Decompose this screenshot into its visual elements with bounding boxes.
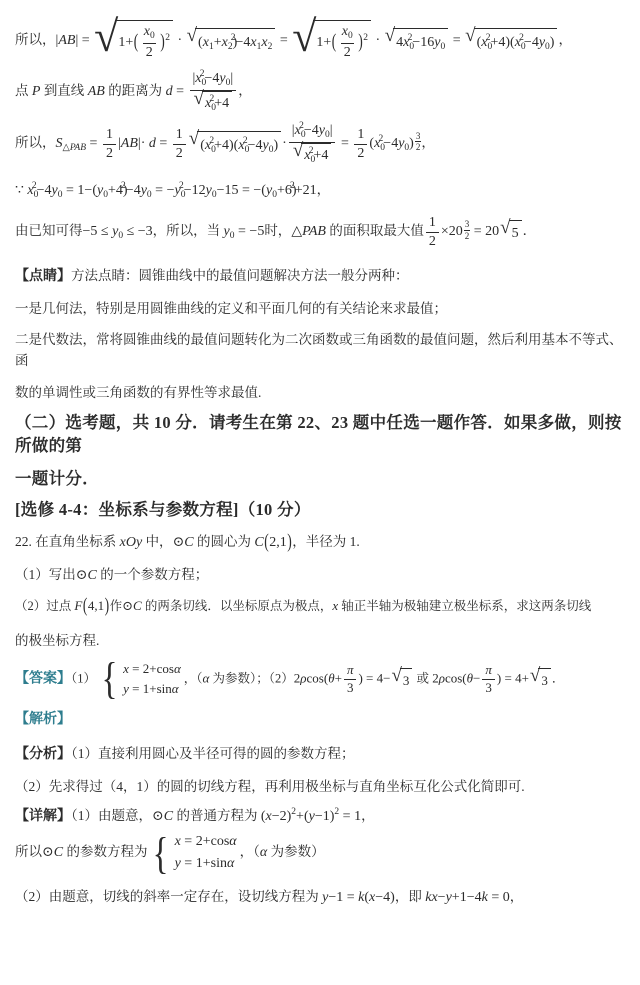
big-paren: ( [83, 592, 88, 621]
elective-title: [选修 4-4：坐标系与参数方程]（10 分） [15, 498, 628, 521]
subscript: 0 [34, 190, 39, 200]
subscript: 0 [211, 103, 216, 113]
section-label: 【详解】 [15, 809, 71, 824]
denominator: 2 [426, 232, 439, 251]
denominator: √x02+4 [289, 142, 336, 167]
math-run: 2 [363, 31, 368, 53]
square-root: √(x02+4)(x02−4y0) [465, 28, 557, 54]
math-run: ⊙C [173, 535, 194, 550]
subscript: △PAB [63, 143, 87, 153]
text-run: ， [510, 889, 524, 904]
fraction: 12 [354, 126, 367, 162]
math-run: α [229, 834, 236, 849]
note-method-geometric: 一是几何法，特别是用圆锥曲线的定义和平面几何的有关结论来求最值； [15, 299, 628, 319]
math-run: 1 [106, 127, 113, 142]
superscript: 2 [200, 69, 205, 79]
formula-area: 所以，S△PAB = 12|AB|· d = 12√(x02+4)(x02−4y… [15, 121, 628, 167]
square-root: √4x02−16y0 [385, 28, 449, 54]
text-run: （二）选考题，共 10 分．请考生在第 22、23 题中任选一题作答．如果多做，… [15, 413, 622, 455]
fraction: 12 [173, 126, 186, 162]
text-run: ， [238, 83, 252, 98]
math-run: 1+ [316, 32, 331, 53]
case-row: y = 1+sinα [175, 853, 237, 875]
text-run: 的距离为 [105, 83, 166, 98]
math-run: (x02−4y0) [369, 136, 413, 151]
math-run: 5 [512, 223, 519, 244]
math-run: 2 [165, 31, 170, 53]
text-run: 时， [264, 223, 291, 238]
math-run: 3 [541, 671, 548, 691]
subscript: 0 [404, 143, 409, 153]
analysis-line-1: 【分析】（1）直接利用圆心及半径可得的圆的参数方程； [15, 744, 628, 765]
problem-22-q2-line-1: （2）过点 F(4,1)作⊙C 的两条切线．以坐标原点为极点，x 轴正半轴为极轴… [15, 596, 628, 617]
subscript: 0 [380, 143, 385, 153]
subscript: 0 [440, 42, 445, 52]
superscript: 2 [209, 94, 214, 104]
conclusion-max-area: 由已知可得−5 ≤ y0 ≤ −3，所以，当 y0 = −5时，△PAB 的面积… [15, 214, 628, 250]
denominator: 2 [173, 144, 186, 163]
math-run: |x02−4y0| [192, 71, 233, 86]
math-run: d = [166, 84, 188, 99]
superscript: 2 [363, 33, 368, 43]
subscript: 0 [301, 130, 306, 140]
math-run: ⊙C [152, 809, 173, 824]
text-run: ． [552, 671, 565, 685]
solution-parametric: 所以⊙C 的参数方程为{x = 2+cosαy = 1+sinα，（α 为参数） [15, 831, 628, 875]
math-run: |x02−4y0| [292, 123, 333, 138]
big-paren: ) [287, 528, 292, 557]
superscript: 2 [32, 181, 37, 191]
math-run: y0 = −5 [224, 224, 265, 239]
subscript: 0 [348, 31, 353, 41]
math-run: π [347, 662, 354, 677]
section-header-line-1: （二）选考题，共 10 分．请考生在第 22、23 题中任选一题作答．如果多做，… [15, 411, 628, 457]
superscript: 2 [179, 181, 184, 191]
math-run: x0 [144, 24, 155, 39]
section-header-line-2: 一题计分． [15, 467, 628, 490]
math-run: · [174, 33, 186, 48]
superscript: 2 [334, 807, 339, 817]
superscript: 2 [486, 33, 491, 43]
math-run: |AB| = [56, 33, 94, 48]
subscript: 0 [212, 190, 217, 200]
math-run: ×20 [441, 224, 463, 239]
subscript: 0 [118, 231, 123, 241]
subscript: 2 [228, 42, 233, 52]
numerator: 1 [426, 214, 439, 232]
math-run: α [227, 856, 234, 871]
text-run: （1）写出 [15, 567, 76, 582]
subscript: 0 [545, 42, 550, 52]
math-function: sin [157, 681, 172, 696]
math-run: ) = 4− [358, 670, 390, 685]
cases-rows: x = 2+cosαy = 1+sinα [123, 659, 181, 699]
math-run: 1 [176, 127, 183, 142]
numerator: π [344, 662, 357, 678]
text-run: 一是几何法，特别是用圆锥曲线的定义和平面几何的有关结论来求最值； [15, 301, 447, 316]
case-row: x = 2+cosα [175, 831, 237, 853]
numerator: x0 [141, 23, 158, 43]
note-method-algebraic-1: 二是代数法，常将圆锥曲线的最值问题转化为二次函数或三角函数的最值问题，然后利用基… [15, 330, 628, 371]
text-run: 的一个参数方程； [97, 567, 208, 582]
math-run: 2 [146, 45, 153, 60]
superscript: 2 [290, 181, 295, 191]
superscript: 2 [243, 136, 248, 146]
subscript: 0 [58, 190, 63, 200]
math-run: S△PAB = [56, 136, 101, 151]
section-label-accent: 【解析】 [15, 712, 71, 727]
denominator: 2 [341, 43, 354, 62]
math-run: = [338, 136, 353, 151]
math-run: 2ρ [432, 670, 445, 685]
math-run: 3 [347, 680, 354, 695]
text-run: 为参数）；（2） [209, 671, 293, 685]
text-run: 由已知可得 [15, 223, 83, 238]
subscript: 0 [230, 231, 235, 241]
math-run: x02+4 [304, 146, 328, 167]
square-root: √1+(x02)2 [94, 20, 173, 61]
problem-22-stem: 22. 在直角坐标系 xOy 中，⊙C 的圆心为 C(2,1)，半径为 1. [15, 532, 628, 553]
superscript: 2 [291, 807, 296, 817]
case-row: x = 2+cosα [123, 659, 181, 679]
text-run: 的参数方程为 [63, 844, 147, 859]
radicand: 4x02−16y0 [393, 28, 448, 54]
big-paren: ) [105, 592, 110, 621]
big-paren: ( [332, 28, 337, 57]
fraction: 12 [103, 126, 116, 162]
subscript: 0 [181, 190, 186, 200]
text-run: 的极坐标方程. [15, 633, 99, 648]
text-run: （2）由题意，切线的斜率一定存在，设切线方程为 [15, 889, 322, 904]
math-run: 2 [176, 146, 183, 161]
text-run: 方法点睛：圆锥曲线中的最值问题解决方法一般分两种： [71, 268, 409, 283]
text-run: ． [523, 223, 537, 238]
math-run: (θ+ [324, 670, 342, 685]
subscript: 0 [325, 130, 330, 140]
big-paren: ( [264, 528, 269, 557]
math-run: 1 [429, 215, 436, 230]
answer-line: 【答案】（1）{x = 2+cosαy = 1+sinα，（α 为参数）；（2）… [15, 659, 628, 699]
formula-substitute: ∵ x02−4y0 = 1−(y0+4)2−4y0 = −y02−12y0−15… [15, 179, 628, 202]
radicand: (x02+4)(x02−4y0) [474, 28, 558, 54]
math-function: cos [157, 661, 174, 676]
math-run: = 20 [470, 224, 499, 239]
formula-ab-length: 所以，|AB| = √1+(x02)2 · √(x1+x2)2−4x1x2 = … [15, 20, 628, 61]
radicand: 3 [400, 668, 413, 691]
text-run: 或 [413, 671, 432, 685]
math-run: AB [88, 84, 105, 99]
math-run: · [372, 33, 384, 48]
math-run: x0 [342, 24, 353, 39]
problem-22-q2-line-2: 的极坐标方程. [15, 631, 628, 651]
fraction: |x02−4y0|√x02+4 [189, 69, 236, 115]
superscript: 2 [165, 33, 170, 43]
text-run: 数的单调性或三角函数的有界性等求最值. [15, 385, 261, 400]
math-run: ⊙C [42, 845, 63, 860]
math-run: x = 2+ [175, 834, 211, 849]
fraction: x02 [339, 23, 356, 61]
section-label: 【点睛】 [15, 269, 71, 284]
superscript: 2 [299, 121, 304, 131]
problem-22-q1: （1）写出⊙C 的一个参数方程； [15, 565, 628, 586]
radicand: (x02+4)(x02−4y0) [197, 131, 281, 157]
square-root: √(x02+4)(x02−4y0) [189, 131, 281, 157]
math-run: (θ− [462, 670, 480, 685]
math-function: cos [445, 670, 462, 685]
math-run: (x02+4)(x02−4y0) [477, 31, 555, 54]
superscript: 2 [408, 33, 413, 43]
text-run: （1）由题意， [71, 808, 152, 823]
exponent-numerator: 3 [416, 131, 421, 141]
radicand: 5 [509, 220, 522, 244]
math-run: ∵ x02−4y0 = 1−(y0+4)2−4y0 = −y02−12y0−15… [15, 183, 317, 198]
math-run: π [485, 662, 492, 677]
fraction: 12 [426, 214, 439, 250]
text-run: ，半径为 1. [292, 534, 360, 549]
subscript: 0 [211, 145, 216, 155]
math-run: = [449, 33, 464, 48]
section-label-accent: 【答案】 [15, 671, 71, 686]
subscript: 0 [521, 42, 526, 52]
math-run: 2 [344, 45, 351, 60]
math-run: 2 [106, 146, 113, 161]
numerator: x0 [339, 23, 356, 43]
superscript: 2 [519, 33, 524, 43]
square-root: √1+(x02)2 [292, 20, 371, 61]
cases-group: {x = 2+cosαy = 1+sinα [99, 659, 181, 699]
cases-brace: { [102, 660, 118, 697]
fraction: π3 [482, 662, 495, 696]
math-run: kx−y+1−4k = 0 [425, 890, 510, 905]
math-function: cos [211, 834, 230, 849]
math-run: ⊙C [122, 598, 142, 613]
text-run: 中， [142, 534, 172, 549]
note-method-summary: 【点睛】方法点睛：圆锥曲线中的最值问题解决方法一般分两种： [15, 266, 628, 287]
radicand: 1+(x02)2 [115, 20, 173, 61]
subscript: 0 [202, 78, 207, 88]
square-root: √(x1+x2)2−4x1x2 [187, 28, 276, 54]
radicand: x02+4 [301, 143, 331, 167]
math-run: 2 [429, 234, 436, 249]
subscript: 0 [245, 145, 250, 155]
text-run: 的面积取最大值 [326, 223, 424, 238]
text-run: [选修 4-4：坐标系与参数方程]（10 分） [15, 500, 311, 519]
subscript: 0 [103, 190, 108, 200]
analysis-header: 【解析】 [15, 709, 628, 730]
square-root: √x02+4 [194, 91, 233, 115]
text-run: （2）先求得过（4，1）的圆的切线方程，再利用极坐标与直角坐标互化公式化简即可. [15, 779, 525, 794]
radicand: 3 [538, 668, 551, 691]
solution-line-1: 【详解】（1）由题意，⊙C 的普通方程为 (x−2)2+(y−1)2 = 1， [15, 805, 628, 827]
text-run: 作 [110, 599, 123, 613]
text-run: 二是代数法，常将圆锥曲线的最值问题转化为二次函数或三角函数的最值问题，然后利用基… [15, 332, 623, 367]
analysis-line-2: （2）先求得过（4，1）的圆的切线方程，再利用极坐标与直角坐标互化公式化简即可. [15, 777, 628, 797]
math-run: 4x02−16y0 [396, 31, 445, 54]
square-root: √5 [500, 220, 521, 244]
text-run: 的普通方程为 [173, 808, 261, 823]
text-run: （2）过点 [15, 599, 74, 613]
math-run: 2 [357, 146, 364, 161]
math-run: 2ρ [294, 670, 307, 685]
math-run: · [282, 136, 287, 151]
text-run: 的圆心为 [194, 534, 255, 549]
numerator: π [482, 662, 495, 678]
numerator: 1 [173, 126, 186, 144]
math-run: 4,1 [88, 598, 104, 613]
text-run: ，即 [395, 889, 425, 904]
math-run: = [276, 33, 291, 48]
subscript: 0 [150, 31, 155, 41]
superscript: 2 [379, 134, 384, 144]
denominator: 3 [482, 679, 495, 696]
big-paren: ) [358, 28, 363, 57]
math-run: 2,1 [269, 535, 287, 550]
superscript: 2 [209, 136, 214, 146]
math-run: ) = 4+ [497, 670, 529, 685]
math-function: cos [307, 670, 324, 685]
text-run: ， [317, 182, 331, 197]
text-run: 所以 [15, 844, 42, 859]
math-run: ⊙C [76, 568, 97, 583]
cases-group: {x = 2+cosαy = 1+sinα [150, 831, 236, 875]
math-run: x = 2+ [123, 661, 156, 676]
case-row: y = 1+sinα [123, 679, 181, 699]
superscript: 2 [121, 181, 126, 191]
numerator: |x02−4y0| [189, 69, 236, 90]
subscript: 0 [147, 190, 152, 200]
fraction: |x02−4y0|√x02+4 [289, 121, 336, 167]
text-run: ， [421, 135, 435, 150]
text-run: ， [558, 32, 572, 47]
text-run: 的两条切线．以坐标原点为极点， [142, 599, 333, 613]
text-run: 22. 在直角坐标系 [15, 534, 120, 549]
math-run: 3 [403, 671, 410, 691]
math-run: xOy [120, 535, 143, 550]
subscript: 0 [409, 42, 414, 52]
math-run: (x−2)2+(y−1)2 = 1 [261, 809, 361, 824]
math-run: 1+ [118, 32, 133, 53]
math-run: y = 1+ [123, 681, 156, 696]
section-label: 【分析】 [15, 747, 71, 762]
text-run: 一题计分． [15, 469, 99, 488]
math-run: 3 [485, 680, 492, 695]
text-run: 为参数） [267, 844, 324, 859]
subscript: 0 [269, 145, 274, 155]
denominator: 3 [344, 679, 357, 696]
solution-part2: （2）由题意，切线的斜率一定存在，设切线方程为 y−1 = k(x−4)，即 k… [15, 887, 628, 908]
superscript: 2 [309, 146, 314, 156]
math-run: 1 [357, 127, 364, 142]
subscript: 0 [226, 78, 231, 88]
superscript: 2 [231, 33, 236, 43]
text-run: （1） [71, 671, 96, 685]
radicand: 1+(x02)2 [313, 20, 371, 61]
text-run: 所以， [15, 32, 56, 47]
math-run: x02+4 [205, 94, 229, 115]
text-run: ，所以，当 [153, 223, 224, 238]
math-run: α [172, 681, 179, 696]
exponent-numerator: 3 [465, 219, 470, 229]
math-run: C [254, 535, 263, 550]
big-paren: ( [134, 28, 139, 57]
note-method-algebraic-2: 数的单调性或三角函数的有界性等求最值. [15, 383, 628, 403]
math-run: (x02+4)(x02−4y0) [200, 134, 278, 157]
subscript: 0 [487, 42, 492, 52]
math-run: y = 1+ [175, 856, 211, 871]
denominator: 2 [354, 144, 367, 163]
square-root: √3 [391, 668, 412, 691]
radicand: x02+4 [202, 91, 232, 115]
text-run: 轴正半轴为极轴建立极坐标系，求这两条切线 [338, 599, 591, 613]
big-paren: ) [160, 28, 165, 57]
subscript: 2 [268, 42, 273, 52]
subscript: 1 [209, 42, 214, 52]
denominator: √x02+4 [190, 90, 237, 115]
math-run: F [74, 598, 82, 613]
math-run: α [174, 661, 181, 676]
math-run: y−1 = k(x−4) [322, 890, 395, 905]
text-run: ，（ [184, 671, 203, 685]
subscript: 0 [311, 155, 316, 165]
fraction: π3 [344, 662, 357, 696]
subscript: 0 [272, 190, 277, 200]
fraction: x02 [141, 23, 158, 61]
math-function: sin [211, 856, 227, 871]
numerator: 1 [103, 126, 116, 144]
math-run: △PAB [291, 224, 326, 239]
math-run: |AB|· d = [118, 136, 171, 151]
text-run: （1）直接利用圆心及半径可得的圆的参数方程； [71, 746, 355, 761]
denominator: 2 [103, 144, 116, 163]
cases-brace: { [153, 835, 169, 872]
math-run: −5 ≤ y0 ≤ −3 [83, 224, 153, 239]
formula-distance: 点 P 到直线 AB 的距离为 d = |x02−4y0|√x02+4， [15, 69, 628, 115]
square-root: √3 [530, 668, 551, 691]
text-run: 所以， [15, 135, 56, 150]
document-page: 所以，|AB| = √1+(x02)2 · √(x1+x2)2−4x1x2 = … [0, 0, 640, 908]
text-run: ， [361, 808, 375, 823]
cases-rows: x = 2+cosαy = 1+sinα [175, 831, 237, 875]
text-run: ，（ [240, 844, 260, 859]
square-root: √x02+4 [293, 143, 332, 167]
radicand: (x1+x2)2−4x1x2 [195, 28, 275, 54]
denominator: 2 [143, 43, 156, 62]
math-run: (x1+x2)2−4x1x2 [198, 31, 272, 54]
numerator: |x02−4y0| [289, 121, 336, 142]
numerator: 1 [354, 126, 367, 144]
text-run: 到直线 [40, 83, 87, 98]
text-run: 点 [15, 83, 32, 98]
